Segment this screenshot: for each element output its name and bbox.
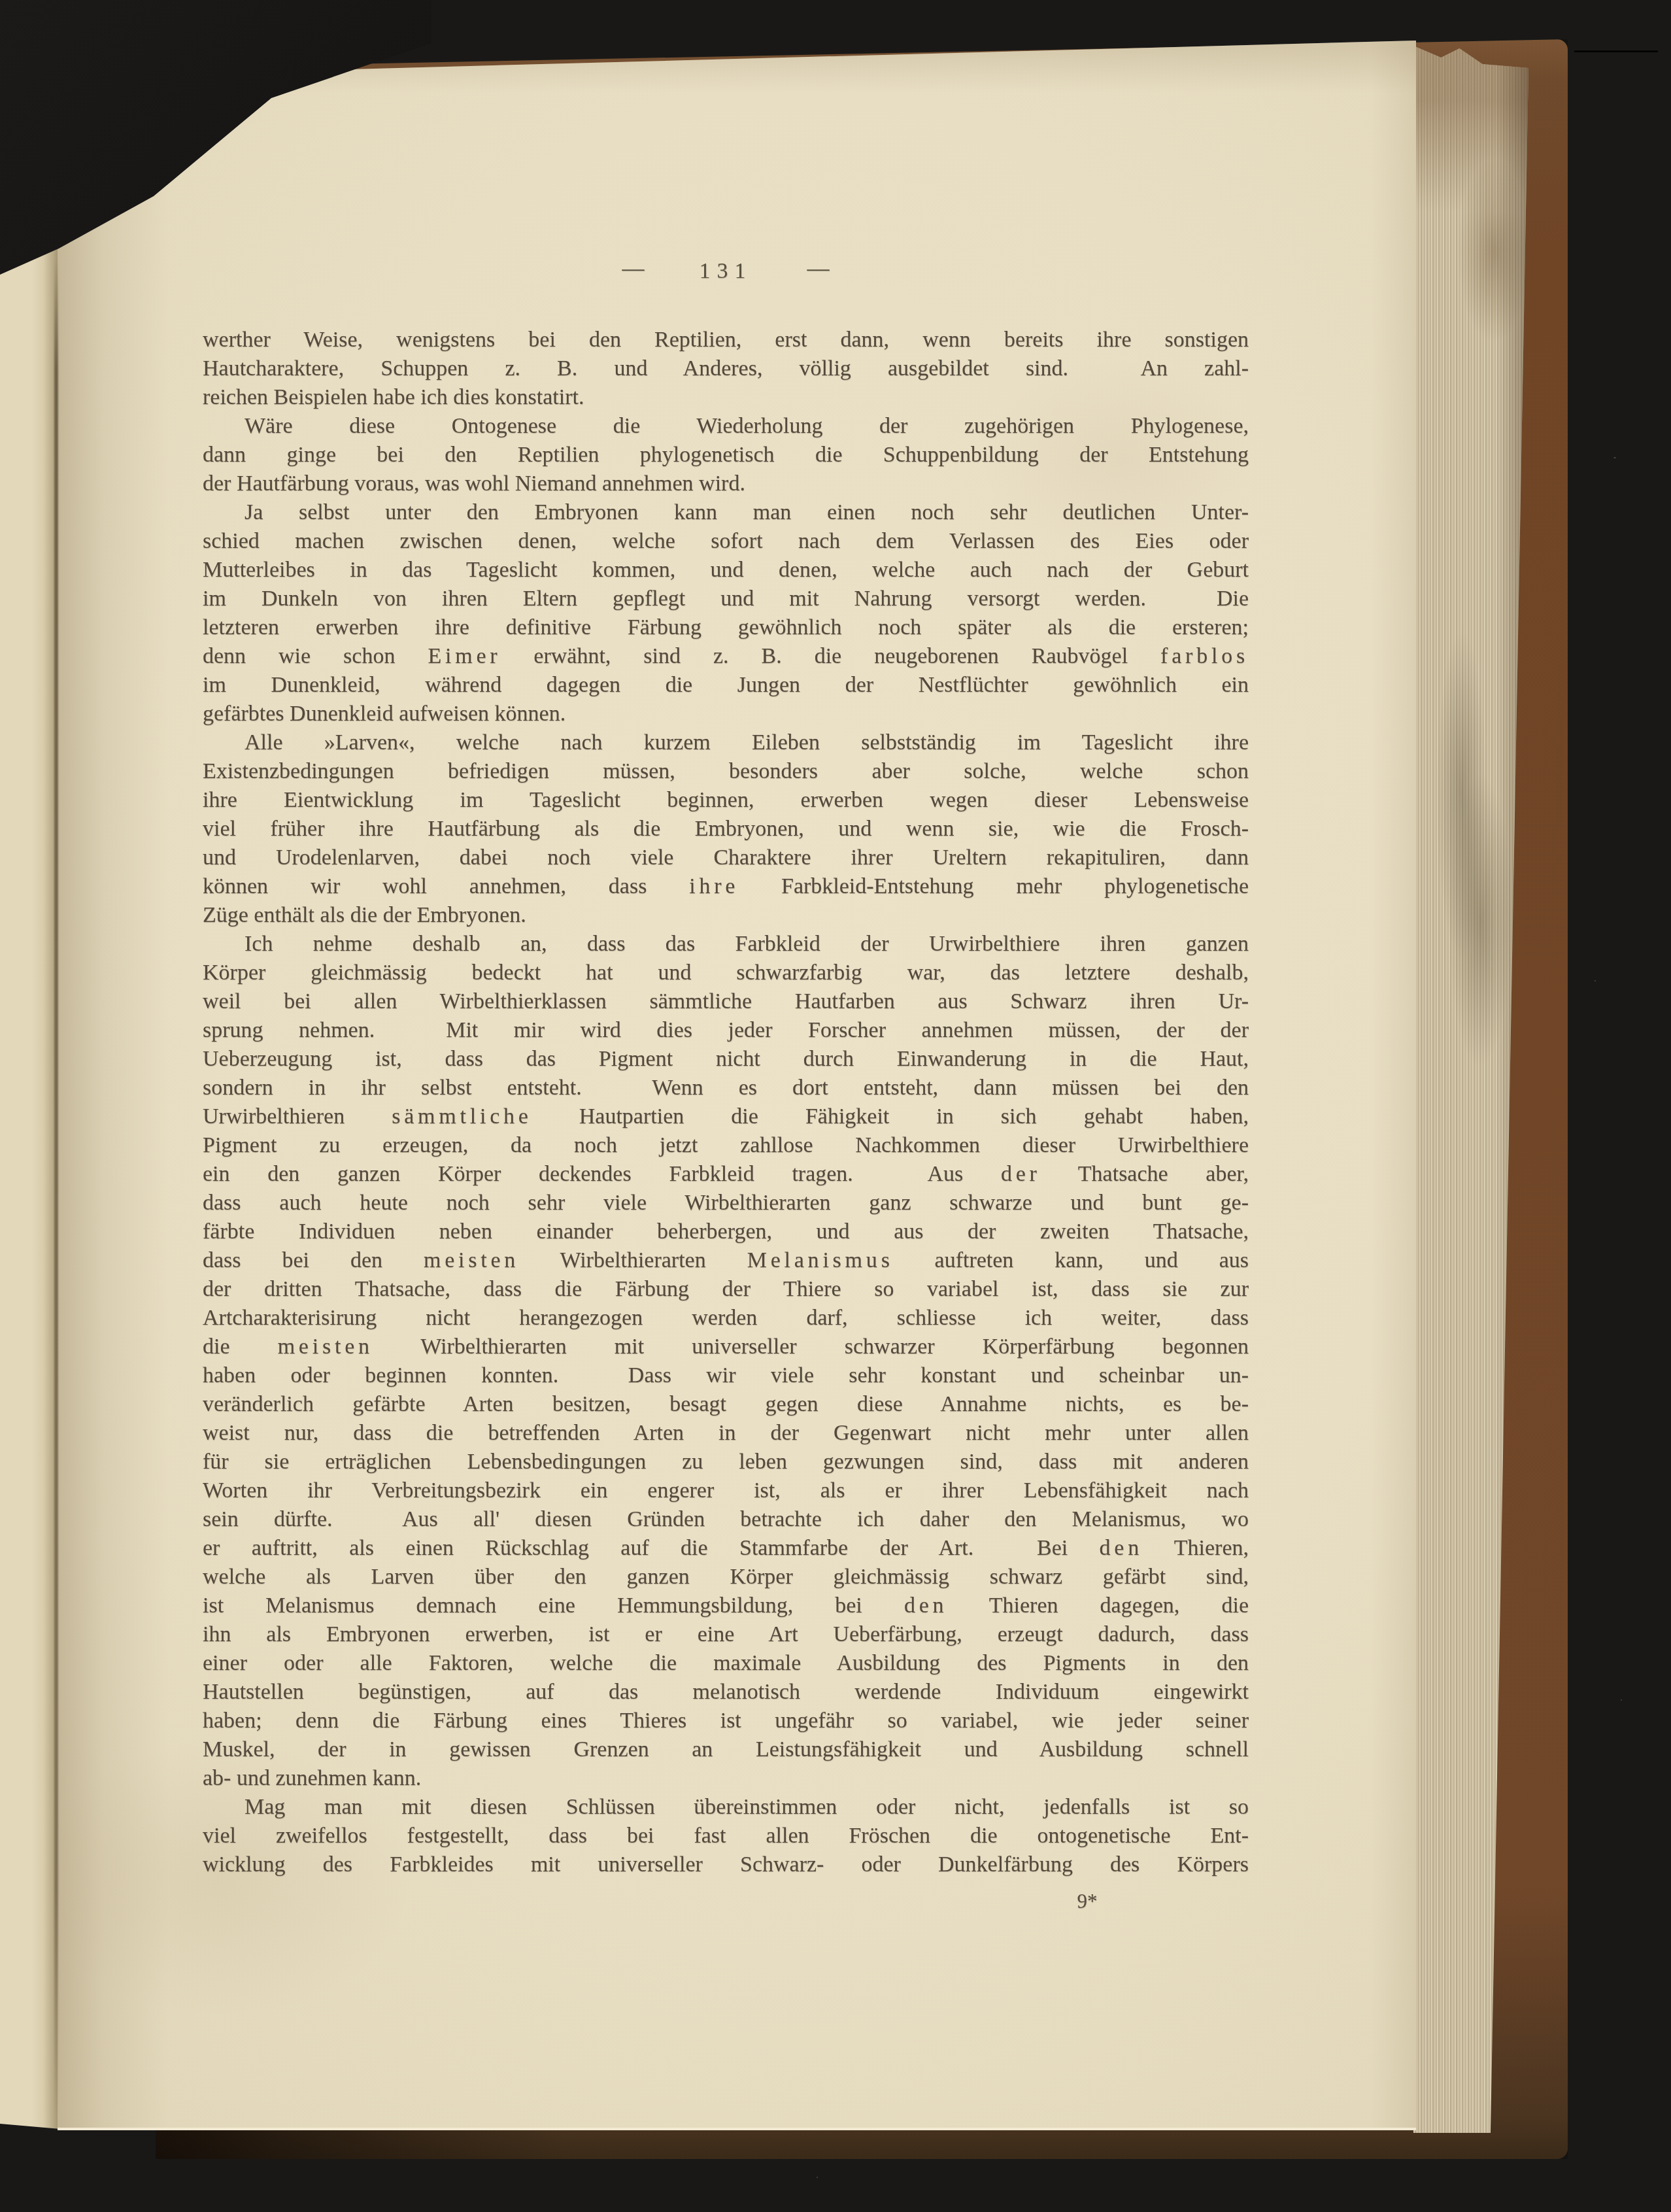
emphasized-word: den	[904, 1593, 947, 1618]
text-line: Pigment zu erzeugen, da noch jetzt zahll…	[203, 1131, 1249, 1160]
emphasized-word: meisten	[278, 1335, 373, 1359]
emphasized-word: ihre	[689, 874, 739, 898]
text-line: und Urodelenlarven, dabei noch viele Cha…	[203, 843, 1249, 872]
text-line: Körper gleichmässig bedeckt hat und schw…	[203, 959, 1249, 987]
text-line: Ueberzeugung ist, dass das Pigment nicht…	[203, 1045, 1249, 1074]
emphasized-word: Eimer	[428, 644, 501, 668]
text-line: ist Melanismus demnach eine Hemmungsbild…	[203, 1591, 1249, 1620]
text-line: einer oder alle Faktoren, welche die max…	[203, 1649, 1249, 1678]
paragraph: Ja selbst unter den Embryonen kann man e…	[203, 498, 1249, 728]
paragraph: Mag man mit diesen Schlüssen übereinstim…	[203, 1793, 1249, 1879]
text-line: können wir wohl annehmen, dass ihre Farb…	[203, 872, 1249, 901]
text-line: der Hautfärbung voraus, was wohl Niemand…	[203, 469, 1249, 498]
text-line: im Dunenkleid, während dagegen die Junge…	[203, 671, 1249, 700]
text-line: ihre Eientwicklung im Tageslicht beginne…	[203, 786, 1249, 815]
text-line: weist nur, dass die betreffenden Arten i…	[203, 1419, 1249, 1448]
paragraph: Ich nehme deshalb an, dass das Farbkleid…	[203, 930, 1249, 1793]
text-line: sein dürfte. Aus all' diesen Gründen bet…	[203, 1505, 1249, 1534]
text-line: Alle »Larven«, welche nach kurzem Eilebe…	[203, 728, 1249, 757]
emphasized-word: sämmtliche	[392, 1104, 532, 1129]
text-line: dass bei den meisten Wirbelthierarten Me…	[203, 1246, 1249, 1275]
text-line: ein den ganzen Körper deckendes Farbklei…	[203, 1160, 1249, 1189]
paragraph: werther Weise, wenigstens bei den Reptil…	[203, 326, 1249, 412]
signature-mark: 9*	[1058, 1890, 1117, 1913]
emphasized-word: der	[1001, 1162, 1041, 1186]
text-line: Artcharakterisirung nicht herangezogen w…	[203, 1304, 1249, 1333]
page-header: —131—	[203, 259, 1249, 284]
text-line: sondern in ihr selbst entsteht. Wenn es …	[203, 1074, 1249, 1102]
gutter-seam	[54, 259, 58, 2113]
text-line: viel zweifellos festgestellt, dass bei f…	[203, 1822, 1249, 1850]
text-line: Hautstellen begünstigen, auf das melanot…	[203, 1678, 1249, 1707]
text-line: veränderlich gefärbte Arten besitzen, be…	[203, 1390, 1249, 1419]
text-line: denn wie schon Eimer erwähnt, sind z. B.…	[203, 642, 1249, 671]
text-line: Wäre diese Ontogenese die Wiederholung d…	[203, 412, 1249, 441]
text-line: reichen Beispielen habe ich dies konstat…	[203, 383, 1249, 412]
text-line: Hautcharaktere, Schuppen z. B. und Ander…	[203, 354, 1249, 383]
text-line: färbte Individuen neben einander beherbe…	[203, 1217, 1249, 1246]
text-line: die meisten Wirbelthierarten mit univers…	[203, 1333, 1249, 1361]
text-line: Urwirbelthieren sämmtliche Hautpartien d…	[203, 1102, 1249, 1131]
text-line: wicklung des Farbkleides mit universelle…	[203, 1850, 1249, 1879]
book-page: —131— werther Weise, wenigstens bei den …	[58, 41, 1416, 2130]
emphasized-word: farblos	[1160, 644, 1249, 668]
text-line: Ich nehme deshalb an, dass das Farbkleid…	[203, 930, 1249, 959]
text-line: welche als Larven über den ganzen Körper…	[203, 1563, 1249, 1591]
paragraph: Alle »Larven«, welche nach kurzem Eilebe…	[203, 728, 1249, 930]
text-line: der dritten Thatsache, dass die Färbung …	[203, 1275, 1249, 1304]
text-line: dass auch heute noch sehr viele Wirbelth…	[203, 1189, 1249, 1217]
facing-page-edge	[0, 220, 60, 2129]
emphasized-word: meisten	[424, 1248, 519, 1272]
text-line: weil bei allen Wirbelthierklassen sämmtl…	[203, 987, 1249, 1016]
text-line: Züge enthält als die der Embryonen.	[203, 901, 1249, 930]
photo-backdrop: —131— werther Weise, wenigstens bei den …	[0, 0, 1671, 2212]
text-line: gefärbtes Dunenkleid aufweisen können.	[203, 700, 1249, 728]
text-line: ab- und zunehmen kann.	[203, 1764, 1249, 1793]
text-line: Mutterleibes in das Tageslicht kommen, u…	[203, 556, 1249, 585]
text-line: haben; denn die Färbung eines Thieres is…	[203, 1707, 1249, 1735]
backdrop-stitch-mark	[1574, 50, 1658, 52]
text-line: haben oder beginnen konnten. Dass wir vi…	[203, 1361, 1249, 1390]
text-line: Muskel, der in gewissen Grenzen an Leist…	[203, 1735, 1249, 1764]
text-line: im Dunkeln von ihren Eltern gepflegt und…	[203, 585, 1249, 613]
page-number: 131	[700, 259, 752, 284]
text-line: dann ginge bei den Reptilien phylogeneti…	[203, 441, 1249, 469]
emphasized-word: Melanismus	[747, 1248, 894, 1272]
header-dash-right: —	[807, 256, 830, 281]
body-text: werther Weise, wenigstens bei den Reptil…	[203, 326, 1249, 1879]
text-line: viel früher ihre Hautfärbung als die Emb…	[203, 815, 1249, 843]
text-line: er auftritt, als einen Rückschlag auf di…	[203, 1534, 1249, 1563]
header-dash-left: —	[622, 256, 645, 281]
text-line: sprung nehmen. Mit mir wird dies jeder F…	[203, 1016, 1249, 1045]
emphasized-word: den	[1100, 1536, 1143, 1560]
text-line: Mag man mit diesen Schlüssen übereinstim…	[203, 1793, 1249, 1822]
text-line: Ja selbst unter den Embryonen kann man e…	[203, 498, 1249, 527]
text-line: für sie erträglichen Lebensbedingungen z…	[203, 1448, 1249, 1476]
text-line: Existenzbedingungen befriedigen müssen, …	[203, 757, 1249, 786]
text-line: werther Weise, wenigstens bei den Reptil…	[203, 326, 1249, 354]
text-line: Worten ihr Verbreitungsbezirk ein engere…	[203, 1476, 1249, 1505]
text-line: letzteren erwerben ihre definitive Färbu…	[203, 613, 1249, 642]
text-line: schied machen zwischen denen, welche sof…	[203, 527, 1249, 556]
paragraph: Wäre diese Ontogenese die Wiederholung d…	[203, 412, 1249, 498]
text-line: ihn als Embryonen erwerben, ist er eine …	[203, 1620, 1249, 1649]
